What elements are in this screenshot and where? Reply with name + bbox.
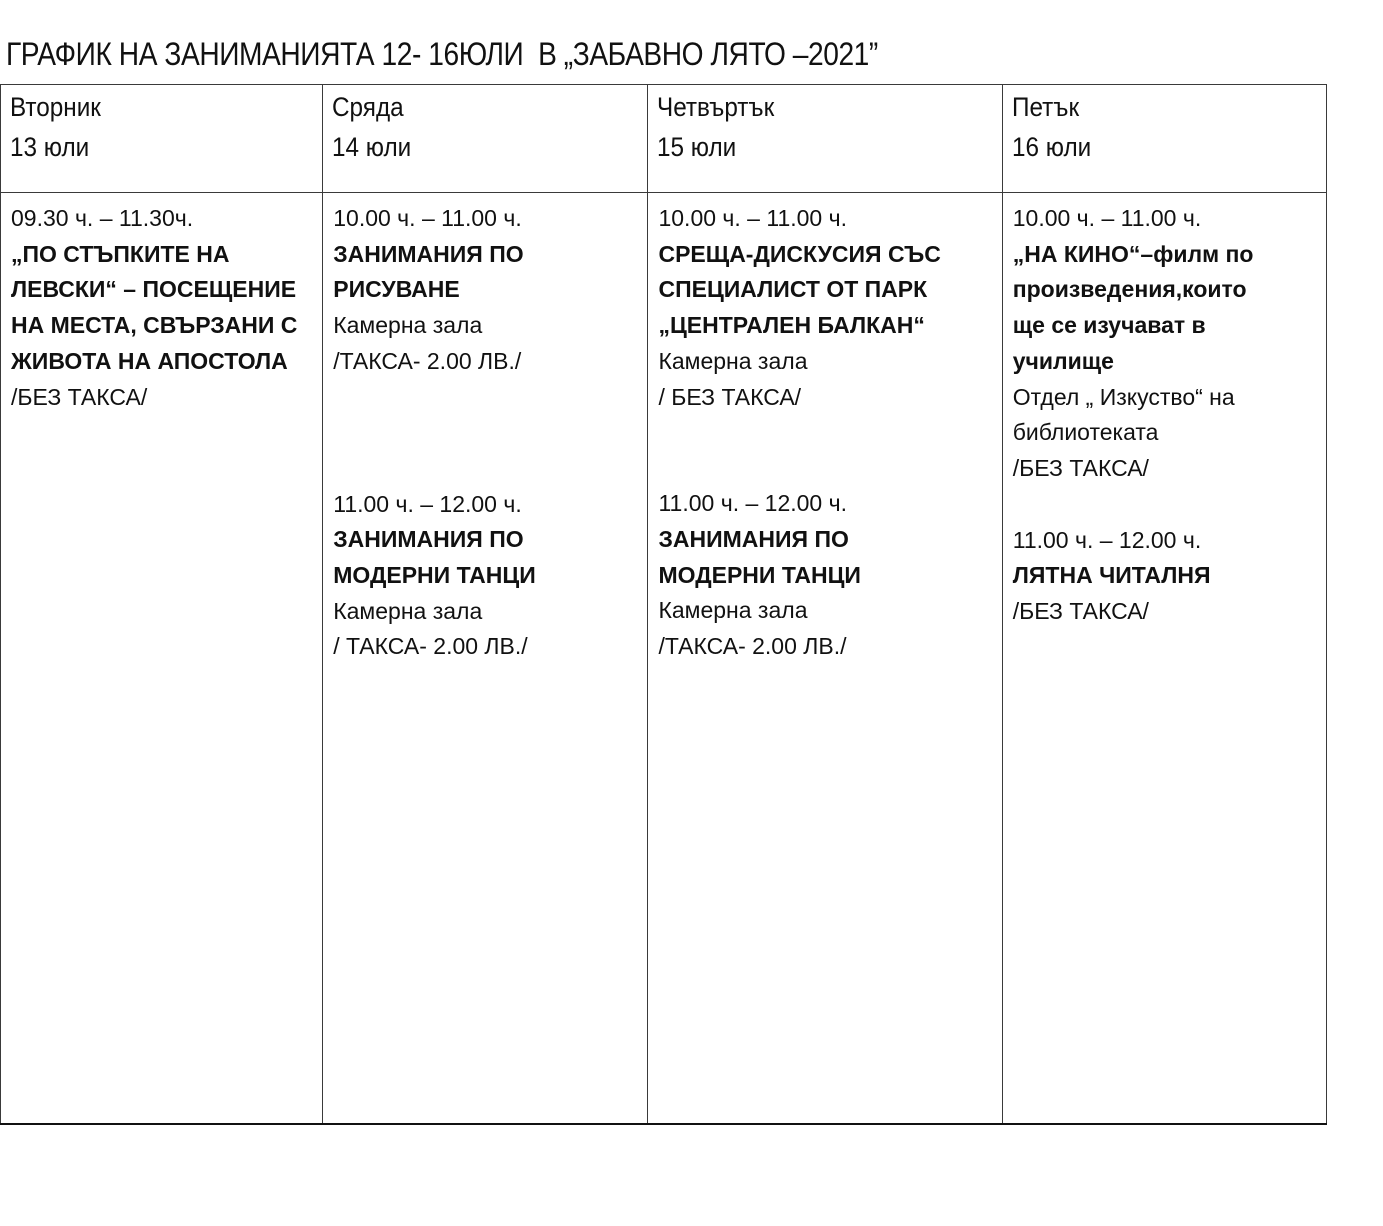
day-weekday: Петък — [1012, 87, 1294, 127]
event-time: 11.00 ч. – 12.00 ч. — [1013, 523, 1326, 559]
day-date: 16 юли — [1012, 127, 1294, 167]
schedule-table: Вторник 13 юли Сряда 14 юли Четвъртък 15… — [0, 84, 1327, 1124]
day-header-wednesday: Сряда 14 юли — [323, 85, 648, 193]
event-time: 10.00 ч. – 11.00 ч. — [1013, 201, 1326, 237]
day-weekday: Сряда — [332, 87, 615, 127]
day-date: 14 юли — [332, 127, 615, 167]
event-item: 10.00 ч. – 11.00 ч. „НА КИНО“–филм по пр… — [1013, 201, 1326, 487]
event-fee: /БЕЗ ТАКСА/ — [11, 380, 322, 416]
event-item: 10.00 ч. – 11.00 ч. СРЕЩА-ДИСКУСИЯ СЪС С… — [658, 201, 1001, 415]
event-title: „НА КИНО“–филм по произведения,които ще … — [1013, 237, 1326, 380]
day-weekday: Четвъртък — [657, 87, 966, 127]
event-fee: / ТАКСА- 2.00 ЛВ./ — [333, 629, 647, 665]
day-weekday: Вторник — [10, 87, 290, 127]
event-title: ЗАНИМАНИЯ ПО МОДЕРНИ ТАНЦИ — [658, 522, 1001, 593]
event-title: ЗАНИМАНИЯ ПО РИСУВАНЕ — [333, 237, 647, 308]
event-item: 11.00 ч. – 12.00 ч. ЛЯТНА ЧИТАЛНЯ /БЕЗ Т… — [1013, 523, 1326, 630]
day-cell-friday: 10.00 ч. – 11.00 ч. „НА КИНО“–филм по пр… — [1002, 193, 1326, 1124]
event-time: 10.00 ч. – 11.00 ч. — [333, 201, 647, 237]
event-fee: / БЕЗ ТАКСА/ — [658, 380, 1001, 416]
event-item: 11.00 ч. – 12.00 ч. ЗАНИМАНИЯ ПО МОДЕРНИ… — [658, 486, 1001, 665]
event-time: 11.00 ч. – 12.00 ч. — [333, 487, 647, 523]
day-header-friday: Петък 16 юли — [1002, 85, 1326, 193]
event-fee: /ТАКСА- 2.00 ЛВ./ — [658, 629, 1001, 665]
event-time: 10.00 ч. – 11.00 ч. — [658, 201, 1001, 237]
day-date: 13 юли — [10, 127, 290, 167]
day-cell-tuesday: 09.30 ч. – 11.30ч. „ПО СТЪПКИТЕ НА ЛЕВСК… — [1, 193, 323, 1124]
event-title: ЛЯТНА ЧИТАЛНЯ — [1013, 558, 1326, 594]
page-title: ГРАФИК НА ЗАНИМАНИЯТА 12- 16ЮЛИ В „ЗАБАВ… — [6, 34, 878, 74]
event-place: Камерна зала — [658, 593, 1001, 629]
event-fee: /ТАКСА- 2.00 ЛВ./ — [333, 344, 647, 380]
day-header-tuesday: Вторник 13 юли — [1, 85, 323, 193]
event-item: 10.00 ч. – 11.00 ч. ЗАНИМАНИЯ ПО РИСУВАН… — [333, 201, 647, 380]
day-header-thursday: Четвъртък 15 юли — [648, 85, 1002, 193]
day-cell-wednesday: 10.00 ч. – 11.00 ч. ЗАНИМАНИЯ ПО РИСУВАН… — [323, 193, 648, 1124]
table-bottom-border — [0, 1123, 1327, 1125]
event-title: „ПО СТЪПКИТЕ НА ЛЕВСКИ“ – ПОСЕЩЕНИЕ НА М… — [11, 237, 322, 380]
schedule-header-row: Вторник 13 юли Сряда 14 юли Четвъртък 15… — [1, 85, 1327, 193]
event-place: Отдел „ Изкуство“ на библиотеката — [1013, 380, 1326, 451]
event-item: 09.30 ч. – 11.30ч. „ПО СТЪПКИТЕ НА ЛЕВСК… — [11, 201, 322, 415]
event-place: Камерна зала — [333, 594, 647, 630]
event-time: 11.00 ч. – 12.00 ч. — [658, 486, 1001, 522]
event-item: 11.00 ч. – 12.00 ч. ЗАНИМАНИЯ ПО МОДЕРНИ… — [333, 487, 647, 666]
event-place: Камерна зала — [333, 308, 647, 344]
day-date: 15 юли — [657, 127, 966, 167]
day-cell-thursday: 10.00 ч. – 11.00 ч. СРЕЩА-ДИСКУСИЯ СЪС С… — [648, 193, 1002, 1124]
event-title: СРЕЩА-ДИСКУСИЯ СЪС СПЕЦИАЛИСТ ОТ ПАРК „Ц… — [658, 237, 1001, 344]
event-place: Камерна зала — [658, 344, 1001, 380]
schedule-body-row: 09.30 ч. – 11.30ч. „ПО СТЪПКИТЕ НА ЛЕВСК… — [1, 193, 1327, 1124]
event-fee: /БЕЗ ТАКСА/ — [1013, 594, 1326, 630]
event-fee: /БЕЗ ТАКСА/ — [1013, 451, 1326, 487]
event-title: ЗАНИМАНИЯ ПО МОДЕРНИ ТАНЦИ — [333, 522, 647, 593]
event-time: 09.30 ч. – 11.30ч. — [11, 201, 322, 237]
